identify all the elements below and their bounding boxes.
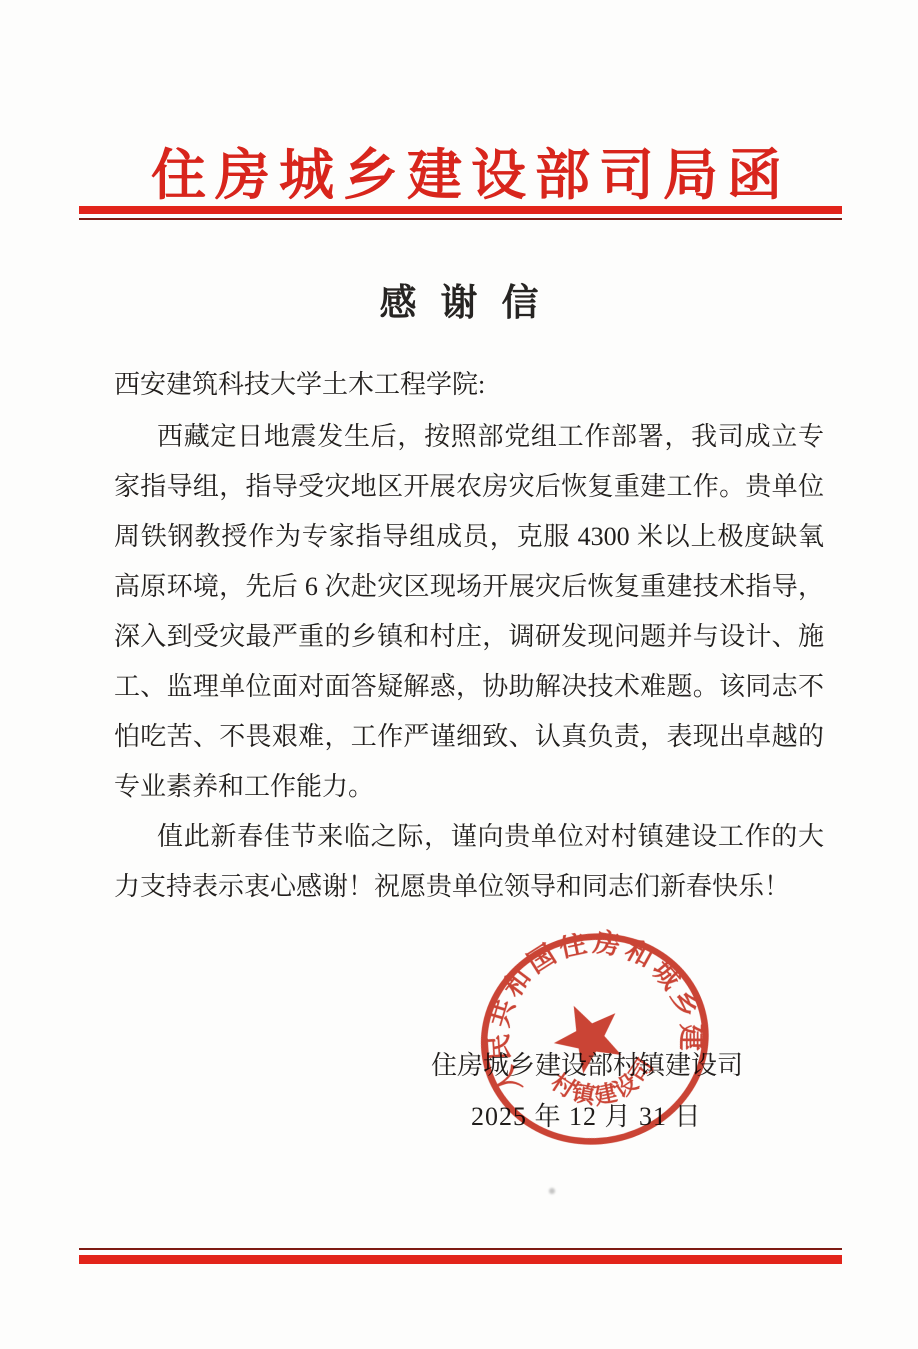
salutation: 西安建筑科技大学土木工程学院: bbox=[114, 360, 824, 410]
body-line: 力支持表示衷心感谢！祝愿贵单位领导和同志们新春快乐！ bbox=[114, 862, 824, 912]
paragraph-2: 值此新春佳节来临之际，谨向贵单位对村镇建设工作的大力支持表示衷心感谢！祝愿贵单位… bbox=[114, 812, 824, 912]
footer-rule-thin bbox=[79, 1248, 842, 1250]
seal-star-icon bbox=[543, 991, 633, 1079]
header-rule-thick bbox=[79, 206, 842, 214]
body-line: 怕吃苦、不畏艰难，工作严谨细致、认真负责，表现出卓越的 bbox=[114, 712, 824, 762]
letter-body: 西安建筑科技大学土木工程学院: 西藏定日地震发生后，按照部党组工作部署，我司成立… bbox=[114, 360, 824, 912]
seal-inner-text: 村镇建设司 bbox=[543, 1049, 665, 1119]
body-line: 高原环境，先后 6 次赴灾区现场开展灾后恢复重建技术指导， bbox=[114, 562, 824, 612]
letterhead-title: 住房城乡建设部司局函 bbox=[0, 131, 918, 210]
footer-rule-thick bbox=[79, 1255, 842, 1264]
body-line: 深入到受灾最严重的乡镇和村庄，调研发现问题并与设计、施 bbox=[114, 612, 824, 662]
body-line: 西藏定日地震发生后，按照部党组工作部署，我司成立专 bbox=[114, 412, 824, 462]
letter-title: 感谢信 bbox=[0, 272, 918, 326]
seal-rim-text: 中华人民共和国住房和城乡建设部 bbox=[458, 909, 713, 1104]
header-rule-thin bbox=[79, 218, 842, 220]
paragraph-1: 西藏定日地震发生后，按照部党组工作部署，我司成立专家指导组，指导受灾地区开展农房… bbox=[114, 412, 824, 812]
body-line: 专业素养和工作能力。 bbox=[114, 762, 824, 812]
body-line: 家指导组，指导受灾地区开展农房灾后恢复重建工作。贵单位 bbox=[114, 462, 824, 512]
body-line: 值此新春佳节来临之际，谨向贵单位对村镇建设工作的大 bbox=[114, 812, 824, 862]
letter-paragraphs: 西藏定日地震发生后，按照部党组工作部署，我司成立专家指导组，指导受灾地区开展农房… bbox=[114, 412, 824, 912]
scan-artifact-dot bbox=[549, 1188, 555, 1194]
body-line: 周铁钢教授作为专家指导组成员，克服 4300 米以上极度缺氧 bbox=[114, 512, 824, 562]
body-line: 工、监理单位面对面答疑解惑，协助解决技术难题。该同志不 bbox=[114, 662, 824, 712]
letter-page: 住房城乡建设部司局函 感谢信 西安建筑科技大学土木工程学院: 西藏定日地震发生后… bbox=[0, 0, 918, 1349]
